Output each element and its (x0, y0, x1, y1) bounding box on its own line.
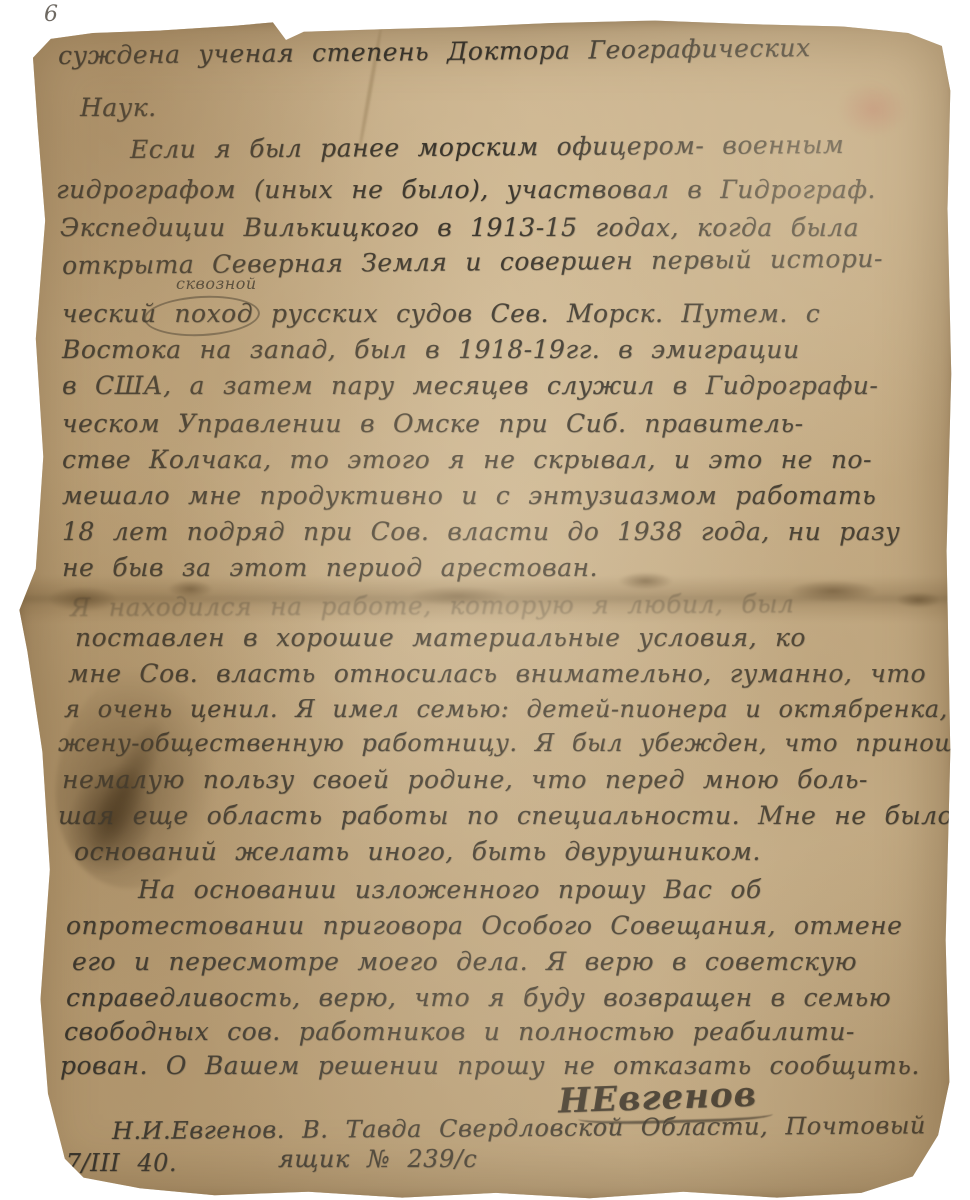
handwritten-line: мне Сов. власть относилась внимательно, … (68, 660, 926, 688)
handwritten-line: поставлен в хорошие материальные условия… (75, 624, 806, 652)
faded-fold-line: Я находился на работе, которую я любил, … (70, 590, 794, 621)
handwritten-line: 18 лет подряд при Сов. власти до 1938 го… (62, 518, 900, 546)
handwritten-line: Востока на запад, был в 1918-19гг. в эми… (62, 336, 800, 364)
handwritten-line: его и пересмотре моего дела. Я верю в со… (72, 948, 857, 976)
po-box-line: ящик № 239/с (278, 1146, 477, 1172)
handwritten-line: я очень ценил. Я имел семью: детей-пионе… (64, 696, 948, 722)
handwritten-line: стве Колчака, то этого я не скрывал, и э… (62, 446, 872, 474)
handwritten-line: Экспедиции Вилькицкого в 1913-15 годах, … (60, 214, 859, 242)
date-line: 27/III 40. (50, 1150, 177, 1176)
inserted-word: сквозной (176, 274, 257, 293)
handwritten-line: Если я был ранее морским офицером- военн… (130, 131, 844, 163)
handwritten-line: жену-общественную работницу. Я был убежд… (58, 730, 970, 756)
handwritten-line: рован. О Вашем решении прошу не отказать… (60, 1052, 920, 1080)
handwritten-line: свободных сов. работников и полностью ре… (64, 1018, 855, 1046)
handwritten-line: суждена ученая степень Доктора Географич… (58, 34, 811, 69)
fold-stain (618, 572, 673, 590)
red-stain (838, 82, 908, 137)
handwritten-line: оснований желать иного, быть двурушником… (74, 838, 761, 866)
author-address-line: Н.И.Евгенов. В. Тавда Свердловской Облас… (112, 1112, 926, 1144)
handwritten-line: не быв за этот период арестован. (62, 554, 598, 582)
handwritten-line: Наук. (80, 94, 157, 122)
handwritten-line: в США, а затем пару месяцев служил в Гид… (62, 372, 878, 400)
handwritten-line: опротестовании приговора Особого Совещан… (66, 912, 902, 940)
fold-stain (788, 580, 878, 602)
paper-sheet: суждена ученая степень Доктора Географич… (18, 20, 955, 1200)
handwritten-line: шая еще область работы по специальности.… (58, 802, 953, 830)
fold-stain (896, 592, 941, 608)
handwritten-line: немалую пользу своей родине, что перед м… (62, 766, 868, 794)
handwritten-line: мешало мне продуктивно и с энтузиазмом р… (62, 482, 876, 510)
page-corner-mark: 6 (44, 2, 58, 27)
handwritten-line: справедливость, верю, что я буду возвращ… (66, 984, 891, 1012)
handwritten-line: ческий поход русских судов Сев. Морск. П… (62, 300, 820, 328)
scanned-letter: 6 суждена ученая степень Доктора Географ… (0, 0, 970, 1200)
handwritten-line: ческом Управлении в Омске при Сиб. прави… (62, 410, 804, 438)
handwritten-line: На основании изложенного прошу Вас об (138, 876, 762, 904)
handwritten-line: гидрографом (иных не было), участвовал в… (56, 176, 876, 204)
